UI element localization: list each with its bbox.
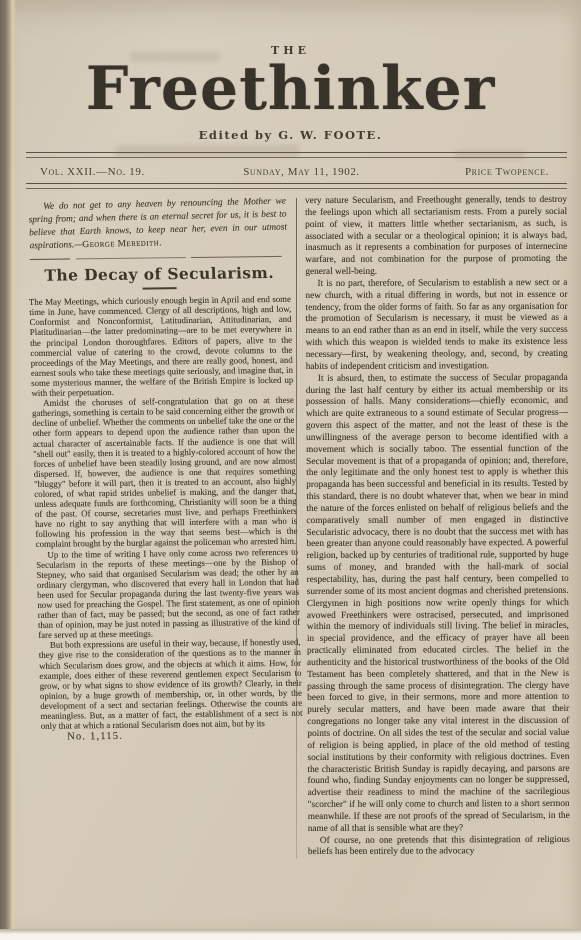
show-through-smudge [455, 150, 525, 160]
issue-number: No. 1,115. [41, 730, 303, 743]
page-paper: THE Freethinker Edited by G. W. FOOTE. V… [0, 0, 581, 929]
edited-by-line: Edited by G. W. FOOTE. [0, 128, 581, 142]
article-columns: We do not get to any heaven by renouncin… [26, 196, 567, 859]
headline-rule [143, 287, 177, 290]
horizontal-rule [26, 183, 567, 189]
dateline: Vol. XXII.—No. 19. Sunday, May 11, 1902.… [40, 166, 563, 178]
issue-date: Sunday, May 11, 1902. [243, 166, 360, 178]
paper-title: Freethinker [0, 59, 581, 119]
price-label: Price Twopence. [360, 166, 563, 178]
article-paragraph: It is absurd, then, to estimate the succ… [306, 373, 570, 836]
binding-edge-shadow [0, 0, 16, 929]
show-through-smudge [115, 145, 300, 157]
scanned-newspaper-page: THE Freethinker Edited by G. W. FOOTE. V… [0, 0, 581, 940]
article-headline: The Decay of Secularism. [28, 263, 291, 285]
article-paragraph: very nature Secularism, and Freethought … [305, 195, 567, 279]
epigraph: We do not get to any heaven by renouncin… [28, 195, 288, 253]
article-paragraph: The May Meetings, which curiously enough… [29, 294, 294, 398]
article-paragraph: But both expressions are useful in their… [38, 637, 303, 731]
article-paragraph: Amidst the choruses of self-congratulati… [32, 395, 298, 550]
section-divider-rule [30, 255, 282, 261]
volume-number: Vol. XXII.—No. 19. [40, 166, 243, 178]
article-paragraph: Up to the time of writing I have only co… [36, 546, 301, 640]
article-paragraph: Of course, no one pretends that this dis… [308, 834, 570, 859]
masthead: THE Freethinker Edited by G. W. FOOTE. [0, 0, 581, 142]
right-column: very nature Secularism, and Freethought … [303, 195, 570, 859]
article-paragraph: It is no part, therefore, of Secularism … [305, 278, 567, 374]
epigraph-attribution: George Meredith. [82, 238, 162, 250]
left-column: We do not get to any heaven by renouncin… [26, 193, 309, 859]
page-bottom-edge [0, 929, 581, 940]
